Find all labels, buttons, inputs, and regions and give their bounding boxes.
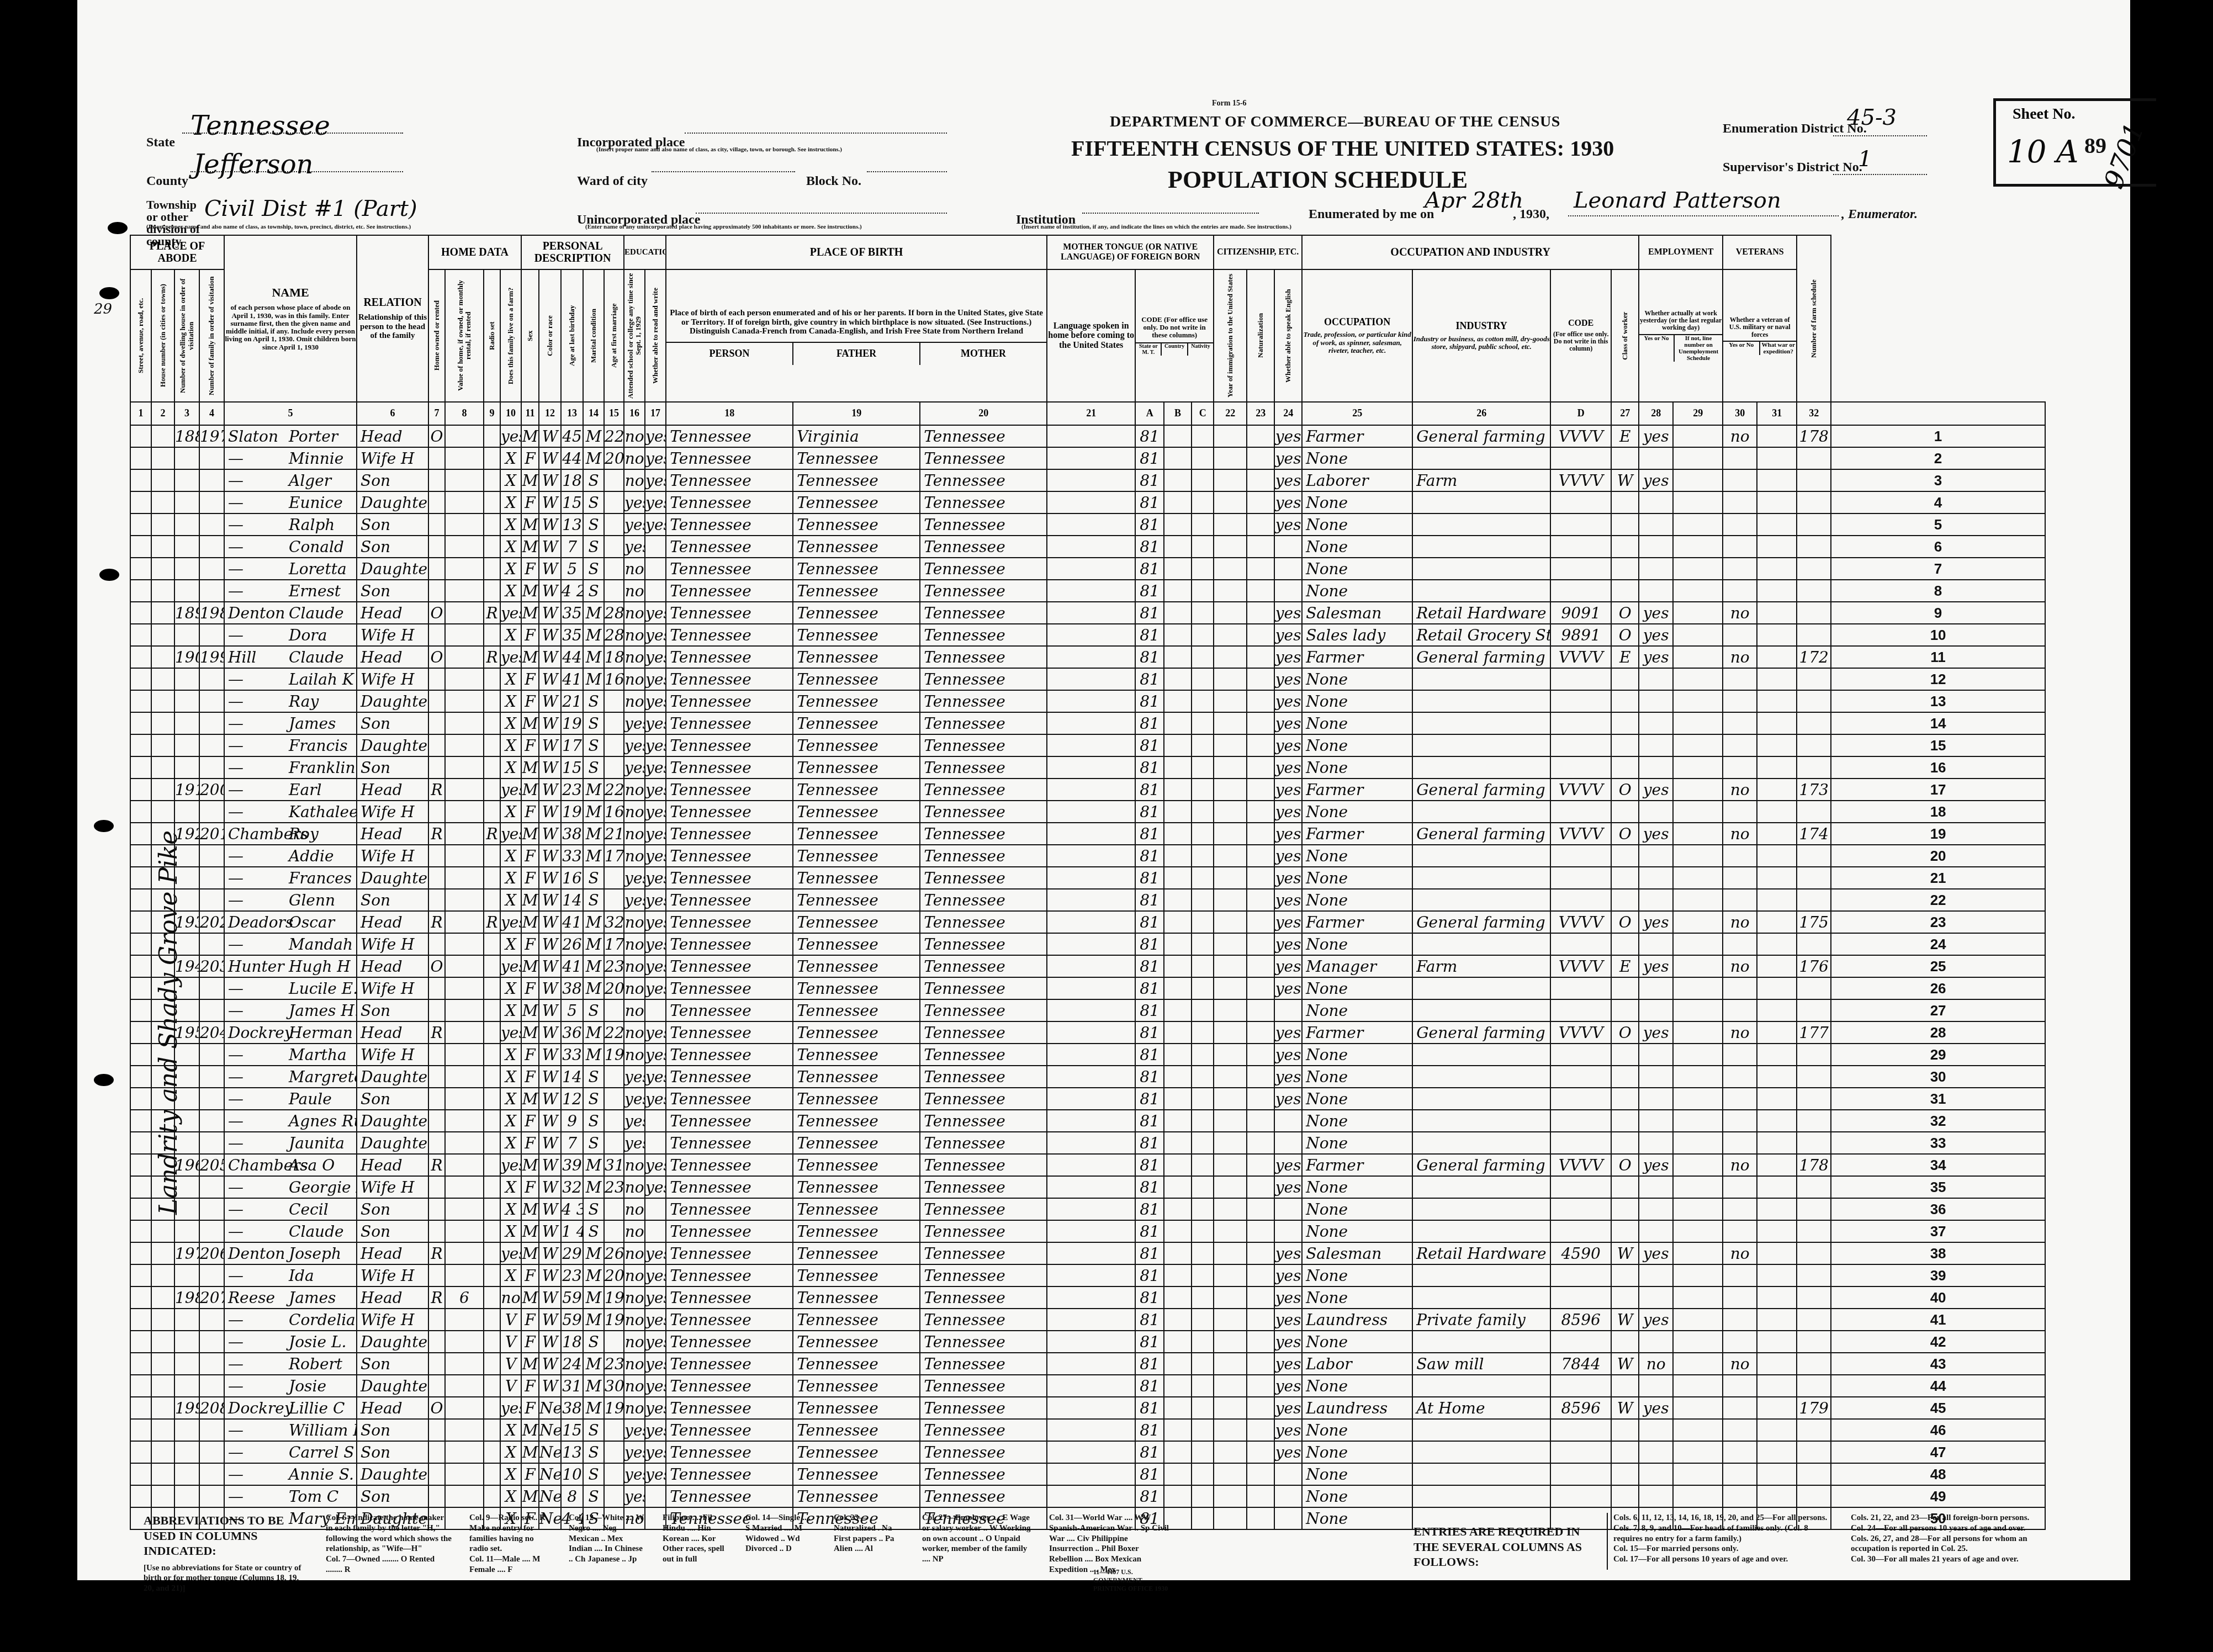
immigration-year xyxy=(1214,690,1247,712)
birthplace-father: Tennessee xyxy=(793,447,920,469)
birthplace-person: Tennessee xyxy=(666,933,793,955)
home-owned xyxy=(428,734,445,756)
table-row: —CordeliaWife HVFW59M19noyesTennesseeTen… xyxy=(130,1309,2045,1331)
farm-schedule-number: 178 xyxy=(1797,1154,1831,1176)
class-of-worker xyxy=(1611,513,1639,536)
entries-rule-8: Col. 30—For all males 21 years of age an… xyxy=(1851,1554,2050,1565)
surname: Hunter xyxy=(228,957,289,976)
birthplace-mother: Tennessee xyxy=(920,1419,1047,1441)
code-country xyxy=(1164,447,1192,469)
occupation-code: 9891 xyxy=(1550,624,1611,646)
birthplace-mother: Tennessee xyxy=(920,1088,1047,1110)
marital-status: S xyxy=(583,690,604,712)
surname: — xyxy=(228,1222,289,1241)
house-number-cell xyxy=(151,1110,174,1132)
immigration-year xyxy=(1214,646,1247,668)
attended-school: no xyxy=(624,1353,645,1375)
war xyxy=(1757,536,1797,558)
code-nativity xyxy=(1192,1176,1214,1198)
age: 33 xyxy=(561,845,583,867)
birthplace-person: Tennessee xyxy=(666,756,793,779)
radio-set xyxy=(484,1463,500,1485)
code-nativity xyxy=(1192,1044,1214,1066)
dwelling-number xyxy=(174,469,199,491)
person-name: —Ida xyxy=(224,1264,357,1286)
industry xyxy=(1412,1375,1550,1397)
class-of-worker: E xyxy=(1611,646,1639,668)
unemployment-line xyxy=(1673,1132,1723,1154)
industry xyxy=(1412,1088,1550,1110)
radio-set xyxy=(484,469,500,491)
language-spoken xyxy=(1047,911,1135,933)
code-nativity xyxy=(1192,1198,1214,1220)
veteran: no xyxy=(1723,955,1757,977)
farm-residence: X xyxy=(500,1441,521,1463)
farm-schedule-number xyxy=(1797,1485,1831,1507)
speak-english: yes xyxy=(1274,469,1302,491)
at-work xyxy=(1639,1044,1673,1066)
street-cell xyxy=(130,1132,151,1154)
attended-school: no xyxy=(624,955,645,977)
class-of-worker xyxy=(1611,1132,1639,1154)
farm-schedule-number xyxy=(1797,1441,1831,1463)
given-name: James H. xyxy=(289,1002,357,1020)
relation: Wife H xyxy=(357,801,428,823)
farm-residence: yes xyxy=(500,646,521,668)
person-name: —Carrel S xyxy=(224,1441,357,1463)
home-value xyxy=(445,1375,484,1397)
occupation: None xyxy=(1302,491,1412,513)
age: 44 xyxy=(561,646,583,668)
code-nativity xyxy=(1192,889,1214,911)
veteran xyxy=(1723,491,1757,513)
occupation: None xyxy=(1302,1441,1412,1463)
home-value xyxy=(445,823,484,845)
farm-schedule-number xyxy=(1797,1220,1831,1242)
code-state: 81 xyxy=(1135,933,1164,955)
speak-english xyxy=(1274,580,1302,602)
class-of-worker: W xyxy=(1611,1309,1639,1331)
sex: F xyxy=(521,867,539,889)
birthplace-father: Tennessee xyxy=(793,513,920,536)
speak-english: yes xyxy=(1274,867,1302,889)
street-cell xyxy=(130,1353,151,1375)
birthplace-father: Tennessee xyxy=(793,1154,920,1176)
unemployment-line xyxy=(1673,1066,1723,1088)
farm-residence: yes xyxy=(500,1397,521,1419)
unemployment-line xyxy=(1673,1485,1723,1507)
class-of-worker xyxy=(1611,1264,1639,1286)
immigration-year xyxy=(1214,1242,1247,1264)
read-write: yes xyxy=(645,1264,666,1286)
occupation-code: 8596 xyxy=(1550,1397,1611,1419)
surname: — xyxy=(228,714,289,733)
veteran: no xyxy=(1723,1353,1757,1375)
birthplace-mother: Tennessee xyxy=(920,646,1047,668)
race: W xyxy=(539,955,561,977)
sex: F xyxy=(521,1397,539,1419)
race: W xyxy=(539,756,561,779)
language-spoken xyxy=(1047,977,1135,999)
birthplace-mother: Tennessee xyxy=(920,1463,1047,1485)
person-name: —Josie xyxy=(224,1375,357,1397)
race: W xyxy=(539,536,561,558)
code-nativity xyxy=(1192,801,1214,823)
occupation-code xyxy=(1550,1485,1611,1507)
farm-residence: yes xyxy=(500,955,521,977)
farm-schedule-number xyxy=(1797,1044,1831,1066)
dwelling-number xyxy=(174,1198,199,1220)
birthplace-person: Tennessee xyxy=(666,1220,793,1242)
language-spoken xyxy=(1047,425,1135,447)
sex: M xyxy=(521,425,539,447)
birthplace-person: Tennessee xyxy=(666,425,793,447)
code-country xyxy=(1164,1441,1192,1463)
marital-status: M xyxy=(583,955,604,977)
table-row: —William BSonXMNeg15SyesyesTennesseeTenn… xyxy=(130,1419,2045,1441)
naturalization xyxy=(1247,1441,1274,1463)
surname: Reese xyxy=(228,1289,289,1307)
table-row: —Josie L.DaughterVFW18SnoyesTennesseeTen… xyxy=(130,1331,2045,1353)
header-speak-english: Whether able to speak English xyxy=(1274,269,1302,402)
line-number: 47 xyxy=(1831,1441,2045,1463)
unemployment-line xyxy=(1673,779,1723,801)
relation: Daughter xyxy=(357,690,428,712)
speak-english: yes xyxy=(1274,1088,1302,1110)
family-number: 207 xyxy=(199,1286,224,1309)
code-label: CODE (For office use only. Do not write … xyxy=(1136,316,1213,340)
code-country xyxy=(1164,1309,1192,1331)
occupation-code xyxy=(1550,1463,1611,1485)
farm-residence: X xyxy=(500,734,521,756)
house-number-cell xyxy=(151,491,174,513)
code-state: 81 xyxy=(1135,1397,1164,1419)
at-work: yes xyxy=(1639,955,1673,977)
birthplace-person: Tennessee xyxy=(666,491,793,513)
surname: — xyxy=(228,494,289,512)
code-state: 81 xyxy=(1135,801,1164,823)
read-write: yes xyxy=(645,1088,666,1110)
header-farm: Does this family live on a farm? xyxy=(500,269,521,402)
table-row: —Lailah KWife HXFW41M16noyesTennesseeTen… xyxy=(130,668,2045,690)
code-state: 81 xyxy=(1135,1353,1164,1375)
war xyxy=(1757,1397,1797,1419)
line-number: 43 xyxy=(1831,1353,2045,1375)
birthplace-person: Tennessee xyxy=(666,779,793,801)
read-write: yes xyxy=(645,867,666,889)
given-name: Ernest xyxy=(289,582,341,600)
sex: F xyxy=(521,447,539,469)
industry-title: INDUSTRY xyxy=(1413,321,1550,332)
naturalization xyxy=(1247,823,1274,845)
farm-residence: yes xyxy=(500,602,521,624)
relation: Daughter xyxy=(357,491,428,513)
table-row: —GlennSonXMW14SyesyesTennesseeTennesseeT… xyxy=(130,889,2045,911)
attended-school: yes xyxy=(624,756,645,779)
header-code-country: Country xyxy=(1161,343,1187,356)
age-first-marriage xyxy=(604,558,624,580)
family-number: 202 xyxy=(199,911,224,933)
language-spoken xyxy=(1047,801,1135,823)
race: W xyxy=(539,668,561,690)
age-first-marriage xyxy=(604,756,624,779)
veteran: no xyxy=(1723,646,1757,668)
industry xyxy=(1412,668,1550,690)
naturalization xyxy=(1247,1485,1274,1507)
occupation: None xyxy=(1302,513,1412,536)
at-work xyxy=(1639,1485,1673,1507)
line-number: 12 xyxy=(1831,668,2045,690)
code-country xyxy=(1164,845,1192,867)
naturalization xyxy=(1247,1110,1274,1132)
table-row: —Agnes RuthDaughterXFW9SyesTennesseeTenn… xyxy=(130,1110,2045,1132)
birthplace-person: Tennessee xyxy=(666,1242,793,1264)
occupation: None xyxy=(1302,1264,1412,1286)
home-owned xyxy=(428,1132,445,1154)
immigration-year xyxy=(1214,1441,1247,1463)
farm-schedule-number xyxy=(1797,1286,1831,1309)
farm-schedule-number: 175 xyxy=(1797,911,1831,933)
occupation: Manager xyxy=(1302,955,1412,977)
home-owned xyxy=(428,712,445,734)
war xyxy=(1757,1154,1797,1176)
surname: — xyxy=(228,1333,289,1351)
radio-set xyxy=(484,1021,500,1044)
sex: M xyxy=(521,1088,539,1110)
farm-schedule-number xyxy=(1797,1132,1831,1154)
farm-residence: X xyxy=(500,1132,521,1154)
occupation-code xyxy=(1550,690,1611,712)
war xyxy=(1757,1021,1797,1044)
marital-status: M xyxy=(583,1021,604,1044)
relation: Head xyxy=(357,602,428,624)
war xyxy=(1757,646,1797,668)
war xyxy=(1757,1132,1797,1154)
code-country xyxy=(1164,867,1192,889)
war xyxy=(1757,1220,1797,1242)
birthplace-father: Tennessee xyxy=(793,1397,920,1419)
veteran xyxy=(1723,801,1757,823)
surname: — xyxy=(228,979,289,998)
home-value xyxy=(445,1441,484,1463)
code-nativity xyxy=(1192,668,1214,690)
farm-residence: yes xyxy=(500,1021,521,1044)
unemployment-line xyxy=(1673,447,1723,469)
header-code-state: State or M. T. xyxy=(1136,343,1161,356)
race: W xyxy=(539,999,561,1021)
home-value xyxy=(445,933,484,955)
veteran xyxy=(1723,690,1757,712)
surname: — xyxy=(228,1046,289,1064)
dwelling-number xyxy=(174,1309,199,1331)
code-state: 81 xyxy=(1135,955,1164,977)
sex: M xyxy=(521,469,539,491)
sex: F xyxy=(521,668,539,690)
occupation-code xyxy=(1550,1088,1611,1110)
code-nativity xyxy=(1192,602,1214,624)
code-country xyxy=(1164,1375,1192,1397)
line-number: 16 xyxy=(1831,756,2045,779)
birthplace-mother: Tennessee xyxy=(920,1441,1047,1463)
farm-schedule-number xyxy=(1797,1110,1831,1132)
age-first-marriage xyxy=(604,469,624,491)
person-name: —Earl xyxy=(224,779,357,801)
code-country xyxy=(1164,491,1192,513)
sex: M xyxy=(521,999,539,1021)
marital-status: S xyxy=(583,999,604,1021)
occupation-code xyxy=(1550,756,1611,779)
naturalization xyxy=(1247,1463,1274,1485)
sex: F xyxy=(521,1176,539,1198)
marital-status: S xyxy=(583,1110,604,1132)
schedule-title: POPULATION SCHEDULE xyxy=(1168,166,1468,194)
immigration-year xyxy=(1214,1110,1247,1132)
family-number xyxy=(199,1441,224,1463)
birthplace-mother: Tennessee xyxy=(920,624,1047,646)
birthplace-mother: Tennessee xyxy=(920,933,1047,955)
farm-residence: no xyxy=(500,1286,521,1309)
person-name: —Lailah K xyxy=(224,668,357,690)
occupation-code xyxy=(1550,1419,1611,1441)
age-first-marriage: 28 xyxy=(604,602,624,624)
veteran xyxy=(1723,513,1757,536)
attended-school: yes xyxy=(624,1419,645,1441)
person-name: —Loretta xyxy=(224,558,357,580)
immigration-year xyxy=(1214,1088,1247,1110)
naturalization xyxy=(1247,425,1274,447)
birthplace-mother: Tennessee xyxy=(920,867,1047,889)
veteran xyxy=(1723,1220,1757,1242)
attended-school: no xyxy=(624,558,645,580)
table-row: —MinnieWife HXFW44M20noyesTennesseeTenne… xyxy=(130,447,2045,469)
immigration-year xyxy=(1214,602,1247,624)
farm-schedule-number xyxy=(1797,712,1831,734)
sex: F xyxy=(521,558,539,580)
relation: Son xyxy=(357,580,428,602)
birthplace-person: Tennessee xyxy=(666,1088,793,1110)
house-number-cell xyxy=(151,668,174,690)
read-write: yes xyxy=(645,425,666,447)
occupation: None xyxy=(1302,1044,1412,1066)
age: 29 xyxy=(561,1242,583,1264)
surname: — xyxy=(228,1267,289,1285)
enum-district-value: 45-3 xyxy=(1847,105,1897,130)
speak-english: yes xyxy=(1274,1441,1302,1463)
marital-status: S xyxy=(583,734,604,756)
header-house-number: House number (in cities or towns) xyxy=(151,269,174,402)
dwelling-number: 191 xyxy=(174,779,199,801)
home-owned xyxy=(428,889,445,911)
marital-status: M xyxy=(583,425,604,447)
attended-school: no xyxy=(624,1397,645,1419)
occupation: Farmer xyxy=(1302,823,1412,845)
code-state: 81 xyxy=(1135,1176,1164,1198)
age-first-marriage xyxy=(604,491,624,513)
race: W xyxy=(539,1021,561,1044)
age: 12 xyxy=(561,1088,583,1110)
code-state: 81 xyxy=(1135,624,1164,646)
at-work: yes xyxy=(1639,1242,1673,1264)
farm-schedule-number: 174 xyxy=(1797,823,1831,845)
attended-school: no xyxy=(624,1331,645,1353)
farm-residence: X xyxy=(500,1463,521,1485)
marital-status: S xyxy=(583,756,604,779)
unemployment-line xyxy=(1673,425,1723,447)
family-number: 199 xyxy=(199,646,224,668)
birthplace-father: Virginia xyxy=(793,425,920,447)
read-write: yes xyxy=(645,1375,666,1397)
home-value xyxy=(445,1021,484,1044)
column-number: 29 xyxy=(1673,402,1723,425)
age: 33 xyxy=(561,1044,583,1066)
occupation: None xyxy=(1302,1375,1412,1397)
occupation-code xyxy=(1550,712,1611,734)
birthplace-mother: Tennessee xyxy=(920,447,1047,469)
birthplace-person: Tennessee xyxy=(666,1198,793,1220)
birthplace-mother: Tennessee xyxy=(920,712,1047,734)
age-first-marriage: 19 xyxy=(604,1397,624,1419)
abbrev-col12b: Filipino .... Fil Hindu .... Hin Korean … xyxy=(663,1513,729,1594)
naturalization xyxy=(1247,779,1274,801)
language-spoken xyxy=(1047,1309,1135,1331)
sex: F xyxy=(521,734,539,756)
table-row: —RalphSonXMW13SyesyesTennesseeTennesseeT… xyxy=(130,513,2045,536)
veteran: no xyxy=(1723,1242,1757,1264)
given-name: Glenn xyxy=(289,891,335,909)
unemployment-line xyxy=(1673,602,1723,624)
code-nativity xyxy=(1192,558,1214,580)
given-name: Lailah K xyxy=(289,670,354,689)
header-birth-instructions: Place of birth of each person enumerated… xyxy=(666,269,1047,402)
age-first-marriage xyxy=(604,1198,624,1220)
birthplace-person: Tennessee xyxy=(666,690,793,712)
age-first-marriage xyxy=(604,690,624,712)
unemployment-line xyxy=(1673,1220,1723,1242)
veteran xyxy=(1723,1088,1757,1110)
birthplace-father: Tennessee xyxy=(793,558,920,580)
column-number-line xyxy=(1831,402,2045,425)
birthplace-father: Tennessee xyxy=(793,1441,920,1463)
farm-schedule-number xyxy=(1797,734,1831,756)
age-first-marriage: 19 xyxy=(604,1286,624,1309)
relation: Son xyxy=(357,1353,428,1375)
read-write: yes xyxy=(645,491,666,513)
unemployment-line xyxy=(1673,513,1723,536)
given-name: Georgie M xyxy=(289,1178,357,1196)
table-row: —RayDaughterXFW21SnoyesTennesseeTennesse… xyxy=(130,690,2045,712)
at-work: yes xyxy=(1639,823,1673,845)
table-row: —FrancesDaughterXFW16SyesyesTennesseeTen… xyxy=(130,867,2045,889)
home-value xyxy=(445,756,484,779)
code-country xyxy=(1164,668,1192,690)
sheet-value: 10 A xyxy=(2007,134,2079,170)
naturalization xyxy=(1247,756,1274,779)
line-number: 24 xyxy=(1831,933,2045,955)
occupation: None xyxy=(1302,756,1412,779)
street-cell xyxy=(130,1088,151,1110)
read-write: yes xyxy=(645,1441,666,1463)
dwelling-number xyxy=(174,977,199,999)
house-number-cell xyxy=(151,1154,174,1176)
age-first-marriage: 17 xyxy=(604,845,624,867)
race: W xyxy=(539,1220,561,1242)
birthplace-person: Tennessee xyxy=(666,1132,793,1154)
given-name: Kathaleen xyxy=(289,803,357,821)
birthplace-mother: Tennessee xyxy=(920,1176,1047,1198)
farm-residence: X xyxy=(500,933,521,955)
at-work xyxy=(1639,999,1673,1021)
industry xyxy=(1412,977,1550,999)
